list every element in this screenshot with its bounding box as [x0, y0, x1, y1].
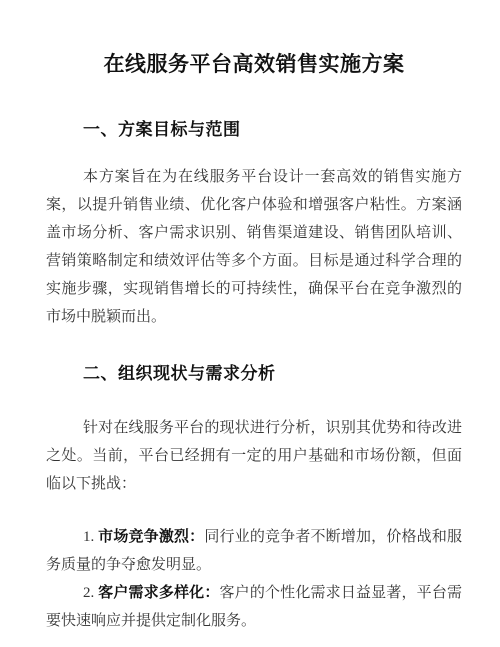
document-title: 在线服务平台高效销售实施方案	[46, 50, 462, 80]
section-heading-1: 一、方案目标与范围	[46, 117, 462, 143]
item-1-label: 市场竞争激烈：	[98, 529, 204, 545]
section-1-paragraph: 本方案旨在为在线服务平台设计一套高效的销售实施方案，以提升销售业绩、优化客户体验…	[46, 163, 462, 331]
document-page: 在线服务平台高效销售实施方案 一、方案目标与范围 本方案旨在为在线服务平台设计一…	[0, 0, 500, 647]
item-2-number: 2.	[83, 585, 98, 601]
list-item-1: 1. 市场竞争激烈：同行业的竞争者不断增加，价格战和服务质量的争夺愈发明显。	[46, 523, 462, 579]
item-2-label: 客户需求多样化：	[98, 585, 219, 601]
item-1-number: 1.	[83, 529, 98, 545]
section-2-paragraph: 针对在线服务平台的现状进行分析，识别其优势和待改进之处。当前，平台已经拥有一定的…	[46, 414, 462, 498]
list-item-2: 2. 客户需求多样化：客户的个性化需求日益显著，平台需要快速响应并提供定制化服务…	[46, 579, 462, 635]
section-heading-2: 二、组织现状与需求分析	[46, 361, 462, 387]
